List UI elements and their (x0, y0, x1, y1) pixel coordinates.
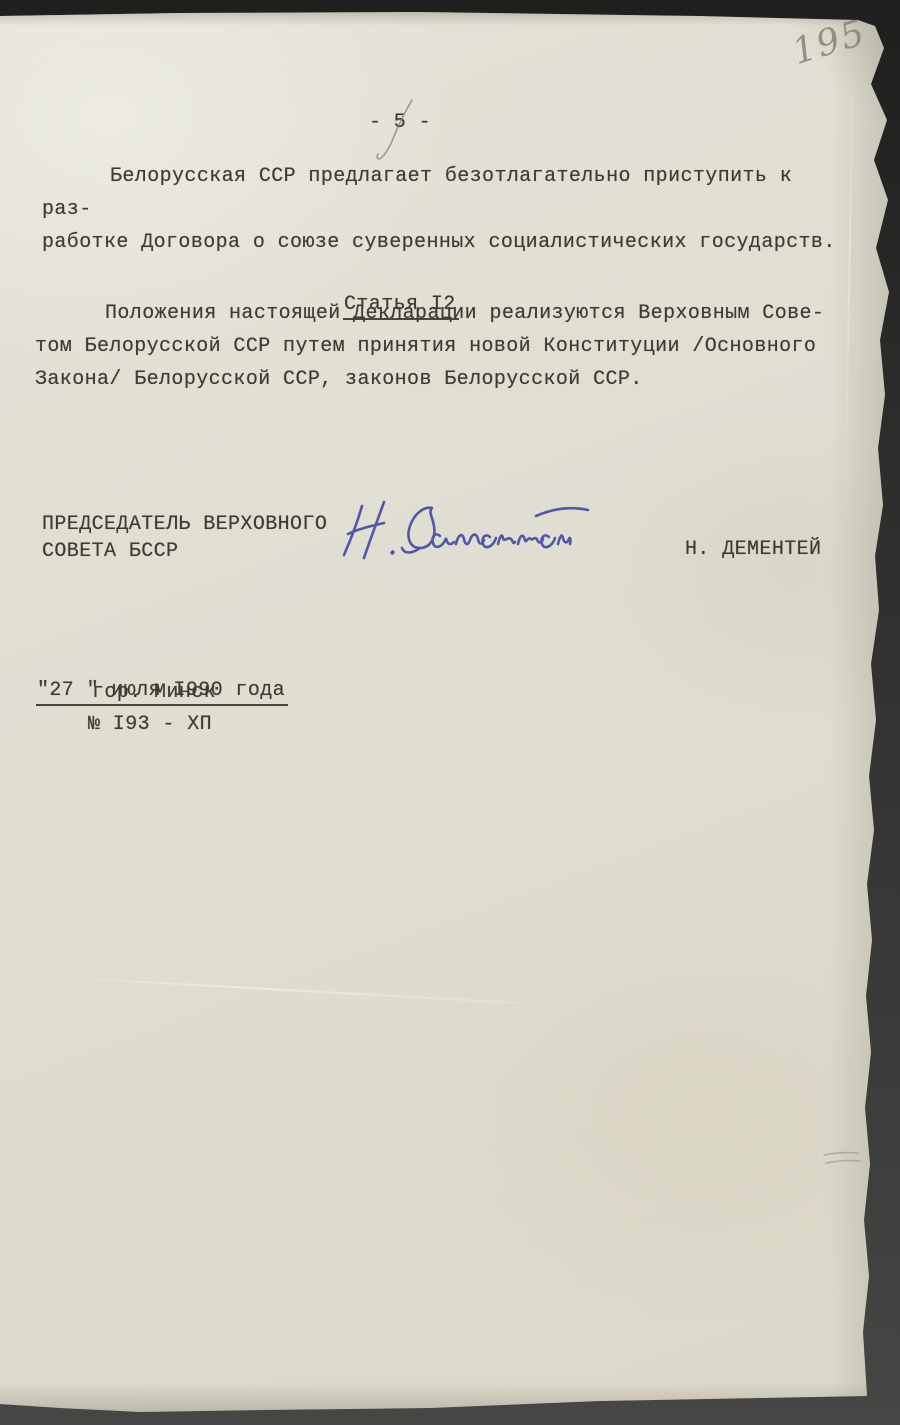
signatory-typed-name: Н. ДЕМЕНТЕЙ (685, 533, 821, 566)
decree-number-line: № I93 - ХП (88, 708, 212, 741)
bottom-edge-shadow (0, 1382, 900, 1414)
pencil-slash-mark (372, 94, 424, 164)
paragraph-article-12: Положения настоящей Декларации реализуют… (35, 297, 855, 396)
signature-handwriting (340, 492, 596, 576)
paper-crease (60, 976, 619, 1009)
city-line: гор. Минск (92, 676, 216, 709)
top-edge-shadow (0, 10, 900, 26)
scanned-document-view: { "page": { "folio_handwritten": "195", … (0, 0, 900, 1425)
paper-sheet: 195 - 5 - Белорусская ССР предлагает без… (0, 0, 900, 1425)
pencil-equals-mark (818, 1146, 864, 1172)
paragraph-union-treaty: Белорусская ССР предлагает безотлагатель… (42, 160, 854, 259)
signatory-title: ПРЕДСЕДАТЕЛЬ ВЕРХОВНОГО СОВЕТА БССР (42, 511, 327, 565)
